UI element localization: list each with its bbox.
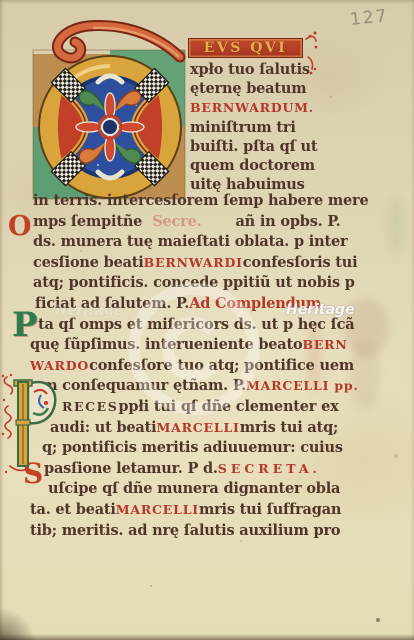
text-segment: tib; meritis. ad nrę ſalutis auxilium pr… — [30, 522, 340, 539]
manuscript-line: quę ſũpſimus. interueniente beato BERN — [30, 336, 348, 355]
manuscript-line: ta. et beati MARCELLI mris tui ſuffragan — [30, 501, 341, 520]
text-segment: mris tui atq; — [240, 419, 338, 436]
manuscript-line: miniſtrum tri — [190, 119, 296, 138]
dirt-specks — [0, 0, 2, 2]
text-segment: pasſione letamur. P d. — [44, 460, 218, 477]
manuscript-line: mps ſempitñeSecre.añ in opbs. P. — [33, 213, 341, 232]
ghost-blot — [350, 340, 380, 410]
text-segment: audi: ut beati — [50, 419, 156, 436]
initial-p-ornate — [0, 372, 58, 476]
text-segment: Ad Complendum. — [189, 295, 326, 312]
ghost-blot — [388, 195, 404, 257]
p-bowl — [28, 382, 55, 423]
text-segment: xpło tuo ſalutis — [190, 61, 310, 78]
text-segment: ta qſ omps et miſericors ds. ut p hęc ſc… — [38, 316, 355, 333]
text-segment: ficiat ad ſalutem. P. — [35, 295, 189, 312]
manuscript-line: ęternę beatum — [190, 80, 306, 99]
illuminated-initial-d — [28, 10, 188, 202]
text-segment: quem doctorem — [190, 157, 315, 174]
manuscript-line: ficiat ad ſalutem. P. Ad Complendum. — [35, 295, 326, 314]
text-segment: quę ſũpſimus. interueniente beato — [30, 336, 302, 353]
manuscript-line: cesſione beati BERNWARDI confesſoris tui — [33, 254, 357, 273]
text-segment: uſcipe qſ dñe munera dignanter obla — [48, 480, 340, 497]
text-segment: mris tui ſuffragan — [199, 501, 341, 518]
text-segment: confesſoris tui — [243, 254, 358, 271]
text-segment: MARCELLI pp. — [246, 378, 359, 393]
initial-o: O — [8, 213, 32, 240]
text-segment: BERN — [302, 337, 347, 352]
manuscript-line: quem doctorem — [190, 157, 315, 176]
text-segment: ppłi tui qſ dñe clementer ex — [118, 398, 338, 415]
text-segment: in terris. intercesſorem ſemp habere mer… — [33, 192, 369, 209]
manuscript-line: pasſione letamur. P d. SECRETA. — [44, 460, 321, 479]
text-segment: am conſequamur ętñam. P. — [33, 377, 246, 394]
text-segment: confesſore tuo atq; pontifice uem — [89, 357, 354, 374]
manuscript-line: in terris. intercesſorem ſemp habere mer… — [33, 192, 369, 211]
text-segment: ds. munera tuę maieſtati oblata. p inter — [33, 233, 347, 250]
text-segment: SECRETA. — [218, 461, 321, 476]
initial-p-small: P — [12, 308, 38, 342]
manuscript-line: ta qſ omps et miſericors ds. ut p hęc ſc… — [38, 316, 355, 335]
text-segment: buiſti. pſta qſ ut — [190, 138, 317, 155]
text-segment: Secre. — [152, 213, 201, 230]
text-segment: uitę habuimus — [190, 176, 305, 193]
text-segment: añ in opbs. P. — [235, 213, 340, 230]
text-segment: MARCELLI — [156, 420, 239, 435]
rubric-banner: EVS QVI — [188, 38, 303, 58]
text-segment: ta. et beati — [30, 501, 116, 518]
text-segment: mps ſempitñe — [33, 213, 142, 230]
manuscript-line: q; pontificis meritis adiuuemur: cuius — [42, 439, 343, 458]
text-segment: ęternę beatum — [190, 80, 306, 97]
manuscript-page: 127 — [0, 0, 414, 640]
text-segment: MARCELLI — [116, 502, 199, 517]
rubric-banner-text: EVS QVI — [204, 40, 288, 56]
text-segment: cesſione beati — [33, 254, 144, 271]
manuscript-line: RECES ppłi tui qſ dñe clementer ex — [62, 398, 339, 417]
manuscript-line: buiſti. pſta qſ ut — [190, 138, 317, 157]
manuscript-line: atq; pontificis. concede ppitiũ ut nobis… — [33, 274, 355, 293]
manuscript-line: WARDO confesſore tuo atq; pontifice uem — [30, 357, 354, 376]
text-segment: miniſtrum tri — [190, 119, 296, 136]
folio-number: 127 — [349, 6, 389, 30]
text-segment: WARDO — [30, 358, 89, 373]
manuscript-line: BERNWARDUM. — [190, 99, 314, 118]
text-segment: BERNWARDUM. — [190, 100, 314, 115]
text-segment: atq; pontificis. concede ppitiũ ut nobis… — [33, 274, 355, 291]
manuscript-line: tib; meritis. ad nrę ſalutis auxilium pr… — [30, 522, 340, 541]
manuscript-line: am conſequamur ętñam. P. MARCELLI pp. — [33, 377, 359, 396]
text-segment: RECES — [62, 399, 118, 414]
manuscript-line: ds. munera tuę maieſtati oblata. p inter — [33, 233, 347, 252]
text-segment: q; pontificis meritis adiuuemur: cuius — [42, 439, 343, 456]
manuscript-line: audi: ut beati MARCELLI mris tui atq; — [50, 419, 338, 438]
manuscript-line: uſcipe qſ dñe munera dignanter obla — [48, 480, 340, 499]
manuscript-line: xpło tuo ſalutis — [190, 61, 310, 80]
text-segment: BERNWARDI — [144, 255, 243, 270]
